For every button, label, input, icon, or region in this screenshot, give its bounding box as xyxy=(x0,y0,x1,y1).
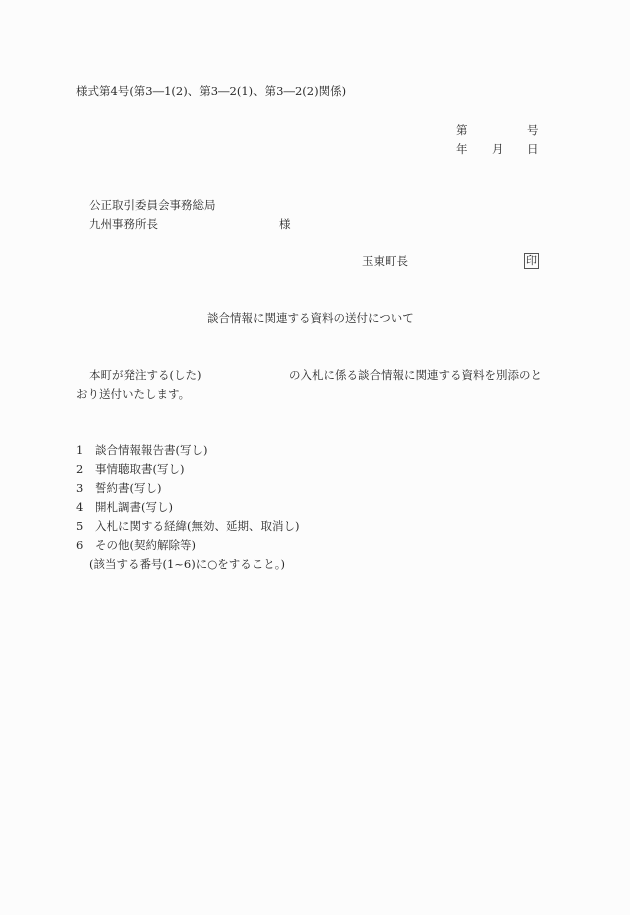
form-label: 様式第4号(第3―1(2)、第3―2(1)、第3―2(2)関係) xyxy=(76,82,346,101)
date-month: 月 xyxy=(492,140,504,159)
seal-icon: 印 xyxy=(524,253,539,269)
recipient-honorific: 様 xyxy=(279,215,291,234)
recipient-title: 九州事務所長 xyxy=(89,215,158,234)
item-text: 談合情報報告書(写し) xyxy=(95,441,207,460)
item-number: 4 xyxy=(76,498,83,517)
item-text: 事情聴取書(写し) xyxy=(95,460,184,479)
body-line1-part1: 本町が発注する(した) xyxy=(89,366,201,385)
list-item: 4 開札調書(写し) xyxy=(0,498,630,517)
list-item: 1 談合情報報告書(写し) xyxy=(0,441,630,460)
item-number: 1 xyxy=(76,441,83,460)
item-text: 入札に関する経緯(無効、延期、取消し) xyxy=(95,517,299,536)
body-line1-part2: の入札に係る談合情報に関連する資料を別添のと xyxy=(289,366,542,385)
subject-title: 談合情報に関連する資料の送付について xyxy=(207,309,414,328)
seal-mark: 印 xyxy=(524,251,539,270)
list-item: 5 入札に関する経緯(無効、延期、取消し) xyxy=(0,517,630,536)
body-line2: おり送付いたします。 xyxy=(76,385,190,404)
item-number: 6 xyxy=(76,536,83,555)
item-text: 開札調書(写し) xyxy=(95,498,173,517)
list-item: 6 その他(契約解除等) xyxy=(0,536,630,555)
doc-number-go: 号 xyxy=(527,121,539,140)
item-number: 2 xyxy=(76,460,83,479)
item-number: 3 xyxy=(76,479,83,498)
item-text: 誓約書(写し) xyxy=(95,479,161,498)
date-day: 日 xyxy=(527,140,539,159)
sender-title: 玉東町長 xyxy=(362,252,408,271)
date-year: 年 xyxy=(456,140,468,159)
recipient-org: 公正取引委員会事務総局 xyxy=(89,196,216,215)
instruction-note: (該当する番号(1~6)に○をすること。) xyxy=(89,555,285,574)
doc-number-dai: 第 xyxy=(456,121,468,140)
item-text: その他(契約解除等) xyxy=(95,536,196,555)
list-item: 3 誓約書(写し) xyxy=(0,479,630,498)
list-item: 2 事情聴取書(写し) xyxy=(0,460,630,479)
item-number: 5 xyxy=(76,517,83,536)
